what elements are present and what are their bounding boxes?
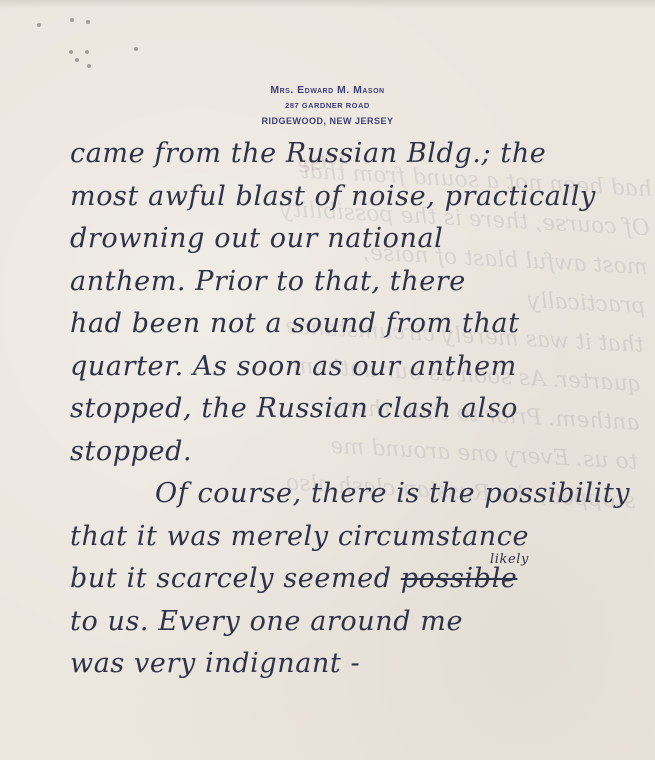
text-segment: but it scarcely seemed: [70, 563, 392, 594]
pin-hole: [86, 20, 90, 24]
pin-hole: [134, 47, 138, 51]
pin-hole: [37, 23, 41, 27]
pin-hole: [85, 50, 89, 54]
text-line: stopped.: [70, 431, 650, 474]
text-line: anthem. Prior to that, there: [70, 261, 650, 304]
text-line-with-correction: but it scarcely seemed possible likely: [70, 558, 650, 601]
text-line: was very indignant -: [70, 643, 650, 686]
letterhead-street: 287 GARDNER ROAD: [0, 100, 655, 112]
text-line: Of course, there is the possibility: [70, 473, 650, 516]
pin-hole: [69, 50, 73, 54]
pin-hole: [70, 18, 74, 22]
paper-edge: [0, 0, 655, 8]
text-line: most awful blast of noise, practically: [70, 176, 650, 219]
text-line: quarter. As soon as our anthem: [70, 346, 650, 389]
pin-hole: [87, 64, 91, 68]
inserted-word: likely: [490, 539, 529, 582]
text-line: to us. Every one around me: [70, 601, 650, 644]
text-line: came from the Russian Bldg.; the: [70, 133, 650, 176]
text-line: stopped, the Russian clash also: [70, 388, 650, 431]
letterhead: Mrs. Edward M. Mason 287 GARDNER ROAD RI…: [0, 83, 655, 128]
text-line: drowning out our national: [70, 218, 650, 261]
handwritten-body: came from the Russian Bldg.; the most aw…: [70, 133, 650, 686]
pin-hole: [75, 58, 79, 62]
text-line: had been not a sound from that: [70, 303, 650, 346]
letterhead-name: Mrs. Edward M. Mason: [0, 83, 655, 97]
letter-page: SEP 1 had been not a sound from that Of …: [0, 0, 655, 760]
text-line: that it was merely circumstance: [70, 516, 650, 559]
letterhead-city: RIDGEWOOD, NEW JERSEY: [0, 115, 655, 128]
